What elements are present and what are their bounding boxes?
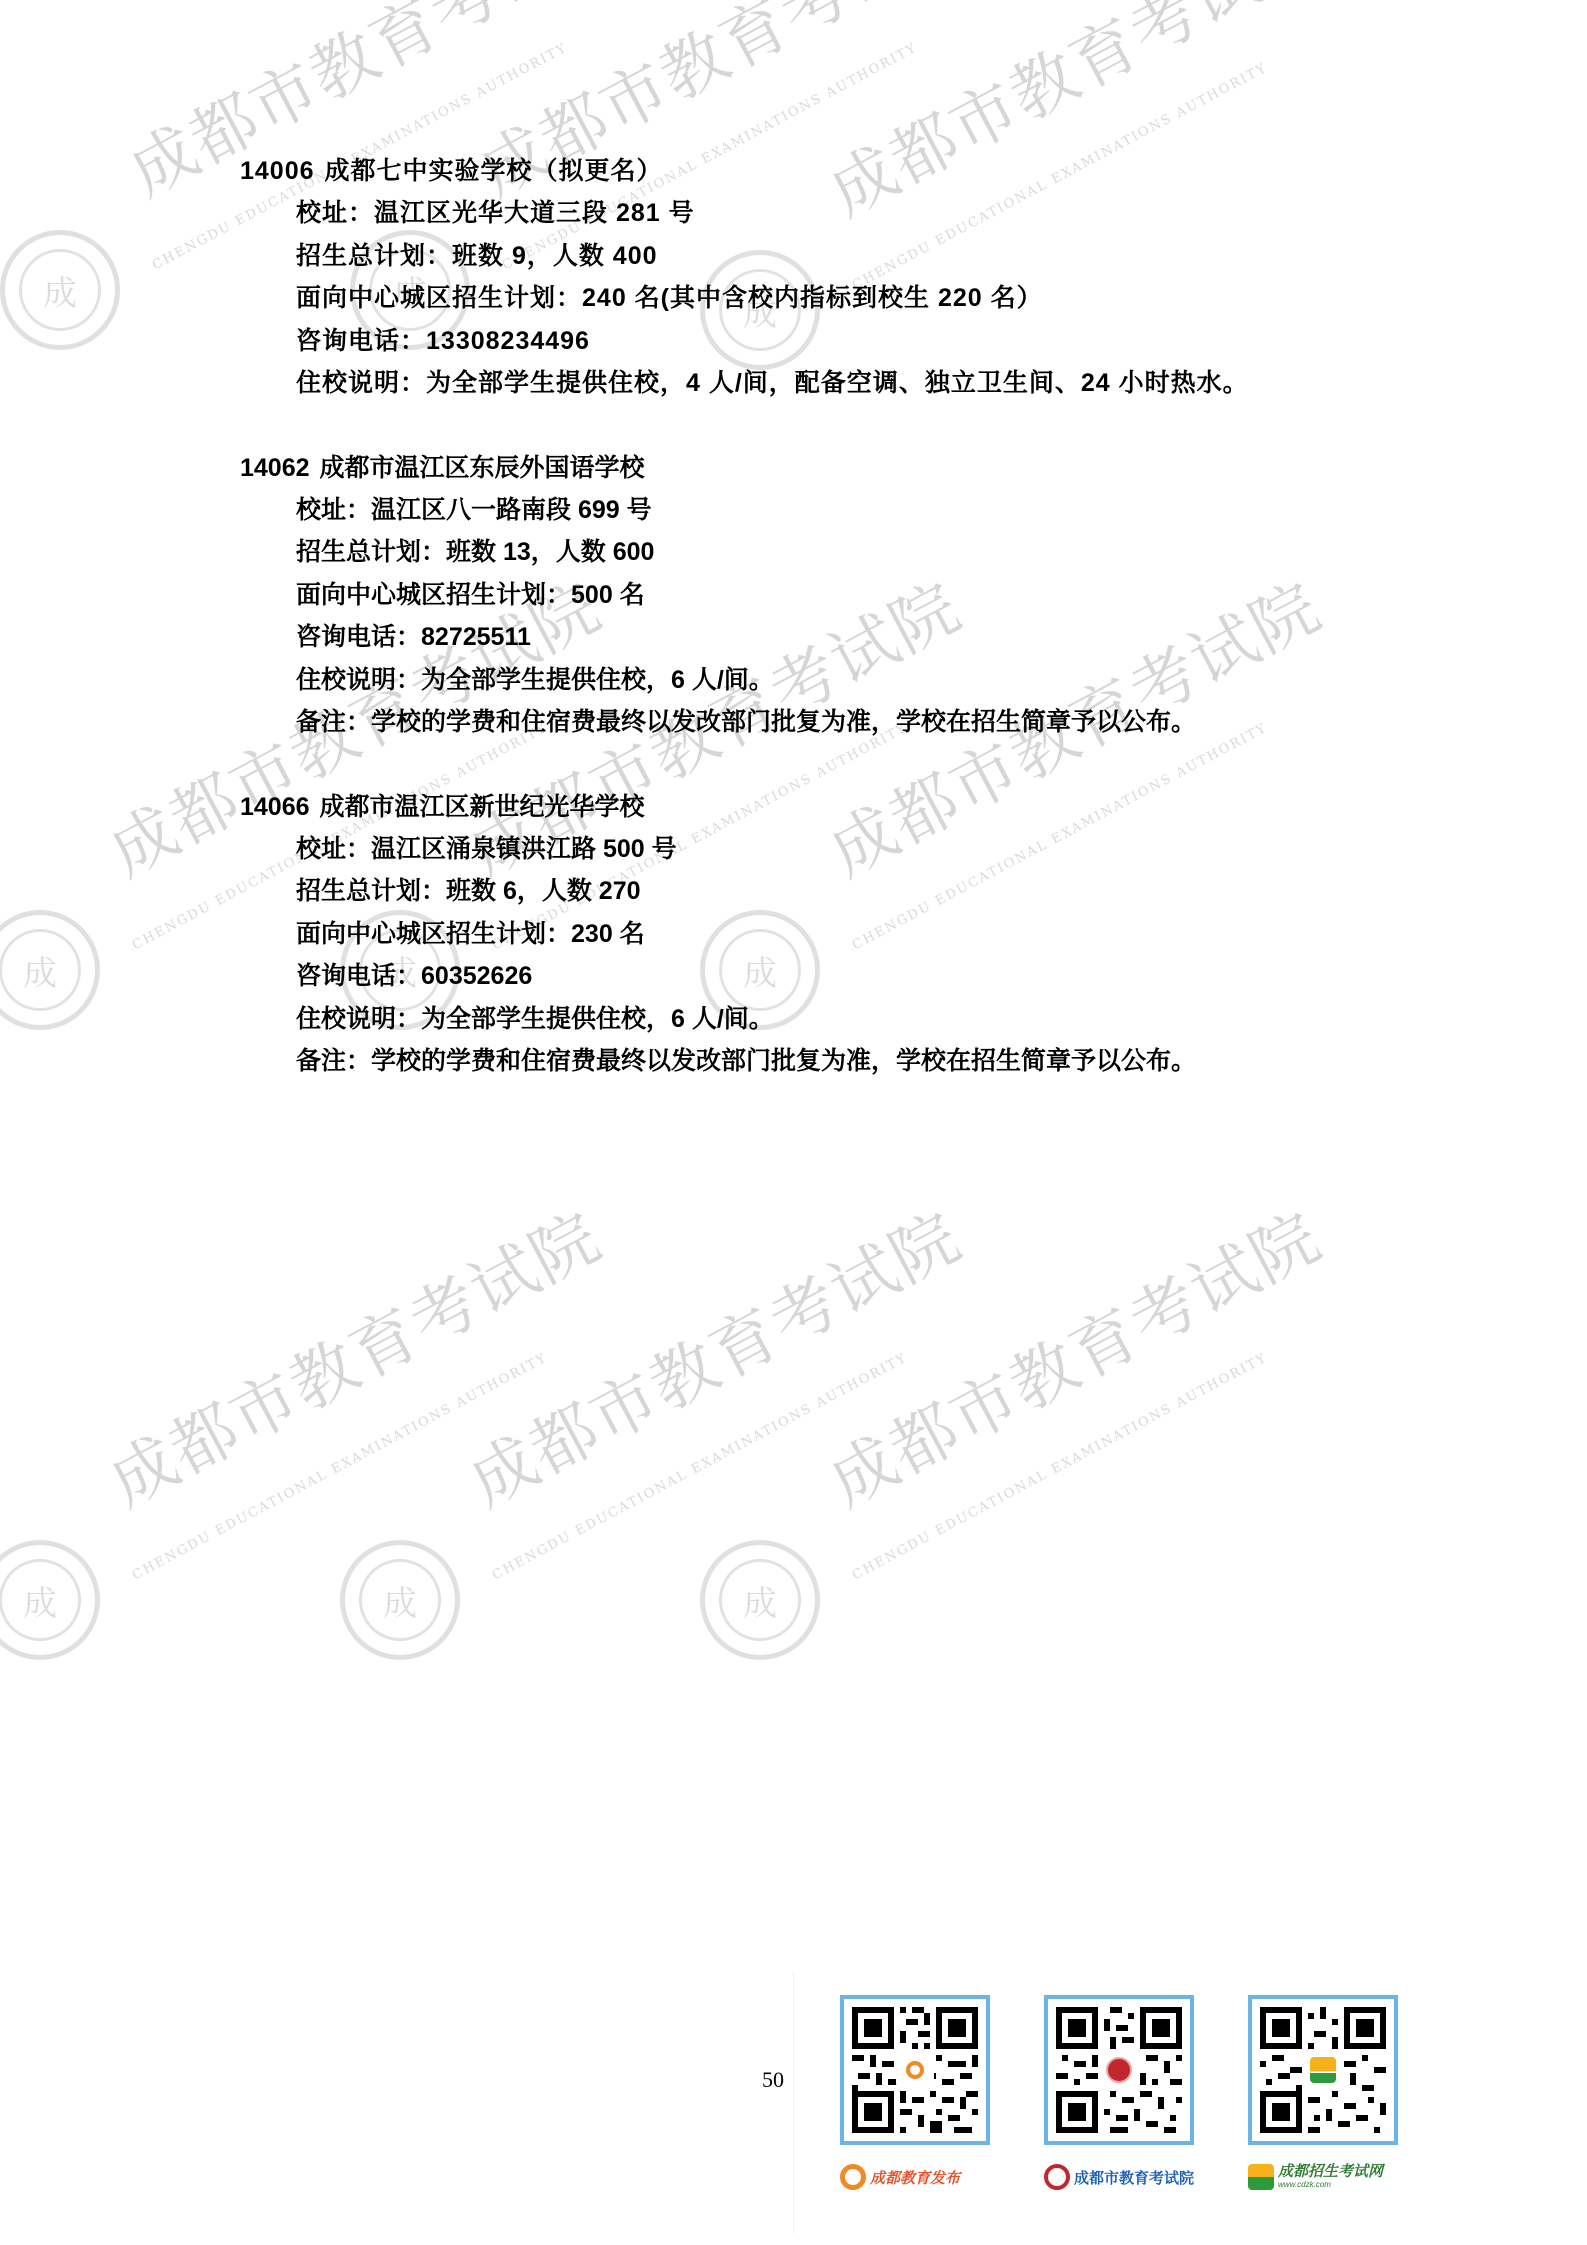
seal-icon: 成 — [700, 1540, 820, 1660]
seal-icon: 成 — [340, 1540, 460, 1660]
boarding-field: 住校说明：为全部学生提供住校，6 人/间。 — [240, 659, 1249, 702]
footer-divider — [793, 1972, 794, 2234]
red-seal-icon — [1044, 2164, 1070, 2190]
address-field: 校址：温江区光华大道三段 281 号 — [240, 192, 1249, 235]
seal-icon: 成 — [0, 910, 100, 1030]
school-entry-14066: 14066成都市温江区新世纪光华学校 校址：温江区涌泉镇洪江路 500 号 招生… — [240, 786, 1249, 1083]
central-district-plan-field: 面向中心城区招生计划：240 名(其中含校内指标到校生 220 名） — [240, 277, 1249, 320]
school-entry-14006: 14006成都七中实验学校（拟更名） 校址：温江区光华大道三段 281 号 招生… — [240, 150, 1249, 405]
qr-card-chengdu-exam-authority[interactable]: 成都市教育考试院 — [1044, 1995, 1214, 2195]
boarding-field: 住校说明：为全部学生提供住校，6 人/间。 — [240, 998, 1249, 1041]
orange-ring-icon — [840, 2164, 866, 2190]
red-seal-icon — [1100, 2051, 1138, 2089]
watermark: 成都市教育考试院 CHENGDU EDUCATIONAL EXAMINATION… — [340, 1370, 860, 1690]
watermark: 成都市教育考试院 CHENGDU EDUCATIONAL EXAMINATION… — [700, 1370, 1220, 1690]
total-plan-field: 招生总计划：班数 13，人数 600 — [240, 531, 1249, 574]
qr-code-icon[interactable] — [1056, 2007, 1182, 2133]
boarding-field: 住校说明：为全部学生提供住校，4 人/间，配备空调、独立卫生间、24 小时热水。 — [240, 362, 1249, 405]
qr-label: 成都教育发布 — [840, 2159, 1010, 2195]
school-entry-14062: 14062成都市温江区东辰外国语学校 校址：温江区八一路南段 699 号 招生总… — [240, 447, 1249, 744]
central-district-plan-field: 面向中心城区招生计划：230 名 — [240, 913, 1249, 956]
total-plan-field: 招生总计划：班数 6，人数 270 — [240, 870, 1249, 913]
qr-label: 成都招生考试网 www.cdzk.com — [1248, 2159, 1418, 2195]
orange-ring-icon — [896, 2051, 934, 2089]
seal-icon: 成 — [0, 230, 120, 350]
remarks-field: 备注：学校的学费和住宿费最终以发改部门批复为准，学校在招生简章予以公布。 — [240, 701, 1249, 744]
central-district-plan-field: 面向中心城区招生计划：500 名 — [240, 574, 1249, 617]
school-name: 成都市温江区东辰外国语学校 — [320, 454, 645, 482]
school-name: 成都七中实验学校（拟更名） — [325, 157, 663, 185]
qr-frame — [1044, 1995, 1194, 2145]
qr-card-chengdu-education-release[interactable]: 成都教育发布 — [840, 1995, 1010, 2195]
address-field: 校址：温江区八一路南段 699 号 — [240, 489, 1249, 532]
school-title: 14006成都七中实验学校（拟更名） — [240, 150, 1249, 192]
school-code: 14062 — [240, 454, 310, 482]
qr-code-icon[interactable] — [852, 2007, 978, 2133]
green-yellow-b-icon — [1248, 2164, 1274, 2190]
school-title: 14066成都市温江区新世纪光华学校 — [240, 786, 1249, 828]
phone-field: 咨询电话：60352626 — [240, 955, 1249, 998]
qr-frame — [1248, 1995, 1398, 2145]
school-list: 14006成都七中实验学校（拟更名） 校址：温江区光华大道三段 281 号 招生… — [240, 150, 1249, 1125]
school-title: 14062成都市温江区东辰外国语学校 — [240, 447, 1249, 489]
school-name: 成都市温江区新世纪光华学校 — [320, 793, 645, 821]
school-code: 14006 — [240, 157, 315, 185]
remarks-field: 备注：学校的学费和住宿费最终以发改部门批复为准，学校在招生简章予以公布。 — [240, 1040, 1249, 1083]
qr-code-icon[interactable] — [1260, 2007, 1386, 2133]
watermark: 成都市教育考试院 CHENGDU EDUCATIONAL EXAMINATION… — [0, 1370, 500, 1690]
green-yellow-b-icon — [1304, 2051, 1342, 2089]
qr-frame — [840, 1995, 990, 2145]
page-number: 50 — [762, 2067, 784, 2093]
total-plan-field: 招生总计划：班数 9，人数 400 — [240, 235, 1249, 278]
qr-label: 成都市教育考试院 — [1044, 2159, 1214, 2195]
school-code: 14066 — [240, 793, 310, 821]
phone-field: 咨询电话：13308234496 — [240, 320, 1249, 363]
seal-icon: 成 — [0, 1540, 100, 1660]
qr-card-chengdu-admissions-exam-site[interactable]: 成都招生考试网 www.cdzk.com — [1248, 1995, 1418, 2195]
phone-field: 咨询电话：82725511 — [240, 616, 1249, 659]
address-field: 校址：温江区涌泉镇洪江路 500 号 — [240, 828, 1249, 871]
